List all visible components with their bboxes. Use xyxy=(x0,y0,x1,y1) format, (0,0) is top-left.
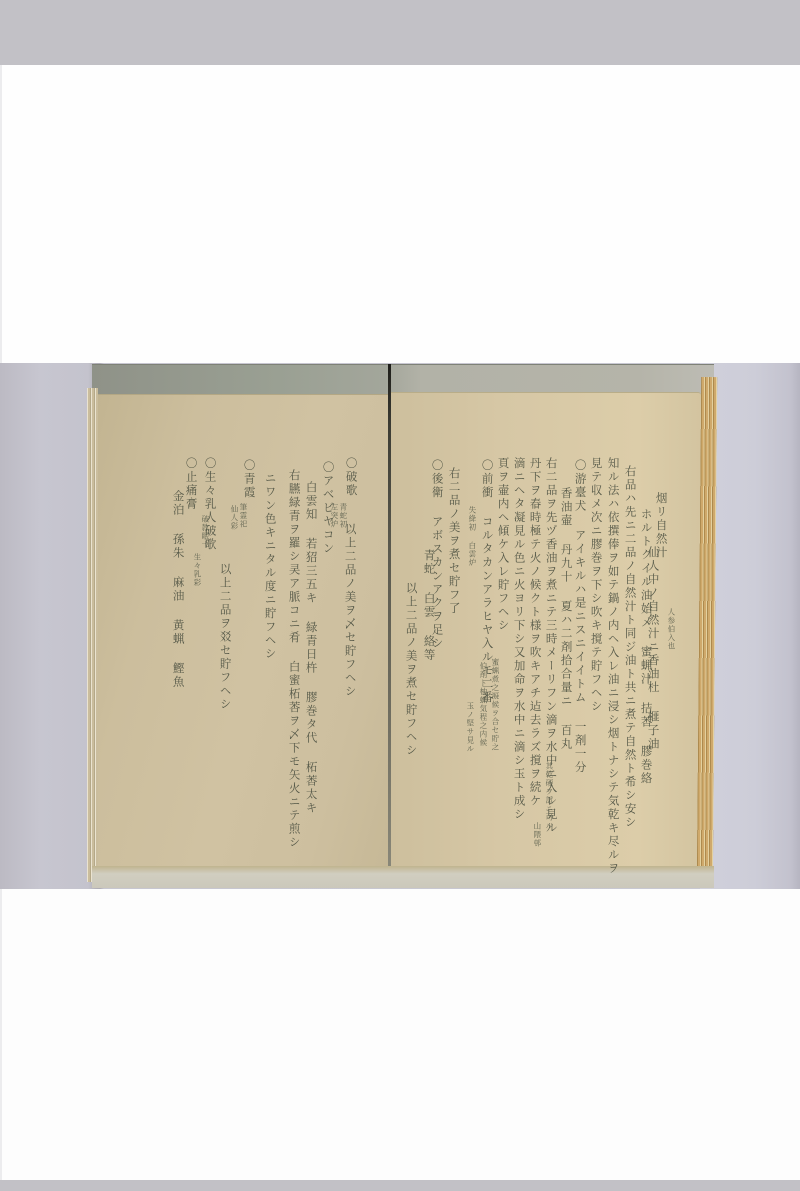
top-gray-strip xyxy=(0,0,800,65)
manuscript-left-page xyxy=(96,394,391,868)
bottom-gray-strip xyxy=(0,1180,800,1191)
page-stack-bottom-edge xyxy=(92,866,714,888)
bottom-white-matte xyxy=(0,889,800,1180)
top-white-matte xyxy=(0,65,800,363)
left-fore-edge xyxy=(87,388,98,882)
manuscript-right-page xyxy=(391,392,701,868)
book-gutter-fold xyxy=(388,364,391,888)
scanned-page: 烟リ自然汁仙人中ノ自然汁ニ香油杜 榧子油人参伯入也ホルトクイル油始メ 蜜蝋汁 拮… xyxy=(0,0,800,1191)
